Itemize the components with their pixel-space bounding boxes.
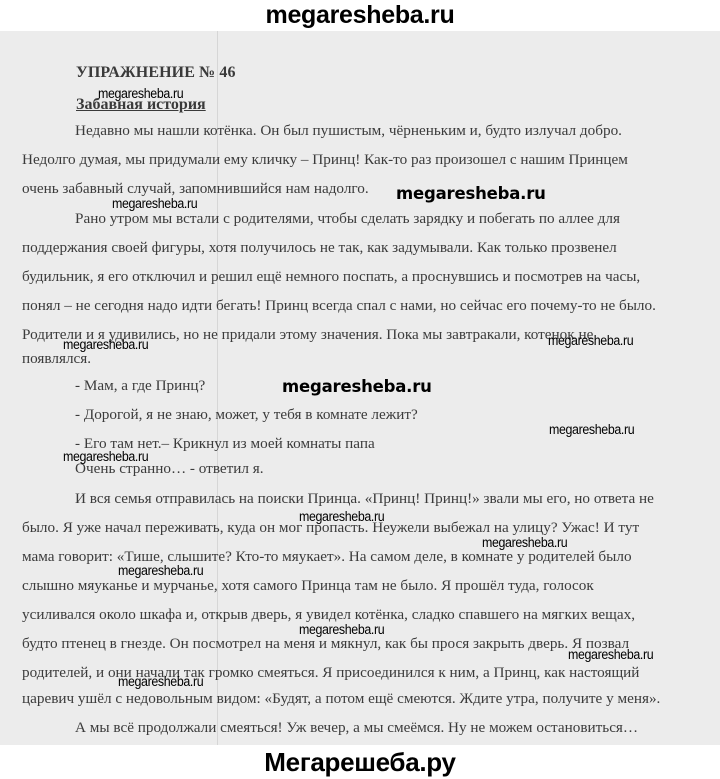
exercise-title: УПРАЖНЕНИЕ № 46 bbox=[76, 64, 236, 82]
site-footer-watermark: Мегарешеба.ру bbox=[0, 745, 720, 779]
text-line: мама говорит: «Тише, слышите? Кто-то мяу… bbox=[22, 548, 632, 566]
text-line: понял – не сегодня надо идти бегать! При… bbox=[22, 297, 656, 315]
watermark: megaresheba.ru bbox=[299, 509, 384, 524]
watermark: megaresheba.ru bbox=[549, 422, 634, 437]
text-line: Недавно мы нашли котёнка. Он был пушисты… bbox=[75, 122, 622, 140]
watermark: megaresheba.ru bbox=[482, 535, 567, 550]
watermark: megaresheba.ru bbox=[548, 333, 633, 348]
watermark: megaresheba.ru bbox=[98, 86, 183, 101]
watermark-bold: megaresheba.ru bbox=[282, 377, 432, 396]
text-line: поддержания своей фигуры, хотя получилос… bbox=[22, 239, 617, 257]
watermark: megaresheba.ru bbox=[299, 622, 384, 637]
text-line: Недолго думая, мы придумали ему кличку –… bbox=[22, 151, 628, 169]
text-line: будильник, я его отключил и решил ещё не… bbox=[22, 268, 640, 286]
dialogue-line: - Мам, а где Принц? bbox=[75, 377, 205, 395]
text-line: слышно мяуканье и мурчанье, хотя самого … bbox=[22, 577, 594, 595]
site-header-watermark: megaresheba.ru bbox=[0, 0, 720, 31]
watermark: megaresheba.ru bbox=[118, 674, 203, 689]
watermark: megaresheba.ru bbox=[63, 337, 148, 352]
text-line: И вся семья отправилась на поиски Принца… bbox=[75, 490, 654, 508]
watermark: megaresheba.ru bbox=[112, 196, 197, 211]
text-line: будто птенец в гнезде. Он посмотрел на м… bbox=[22, 635, 629, 653]
text-line: царевич ушёл с недовольным видом: «Будят… bbox=[22, 690, 660, 708]
dialogue-line: - Дорогой, я не знаю, может, у тебя в ко… bbox=[75, 406, 418, 424]
text-line: Рано утром мы встали с родителями, чтобы… bbox=[75, 210, 620, 228]
watermark: megaresheba.ru bbox=[118, 563, 203, 578]
text-line: родителей, и они начали так громко смеят… bbox=[22, 664, 639, 682]
text-line: А мы всё продолжали смеяться! Уж вечер, … bbox=[75, 719, 638, 737]
text-line: появлялся. bbox=[22, 350, 91, 368]
watermark: megaresheba.ru bbox=[63, 449, 148, 464]
watermark-bold: megaresheba.ru bbox=[396, 184, 546, 203]
watermark: megaresheba.ru bbox=[568, 647, 653, 662]
